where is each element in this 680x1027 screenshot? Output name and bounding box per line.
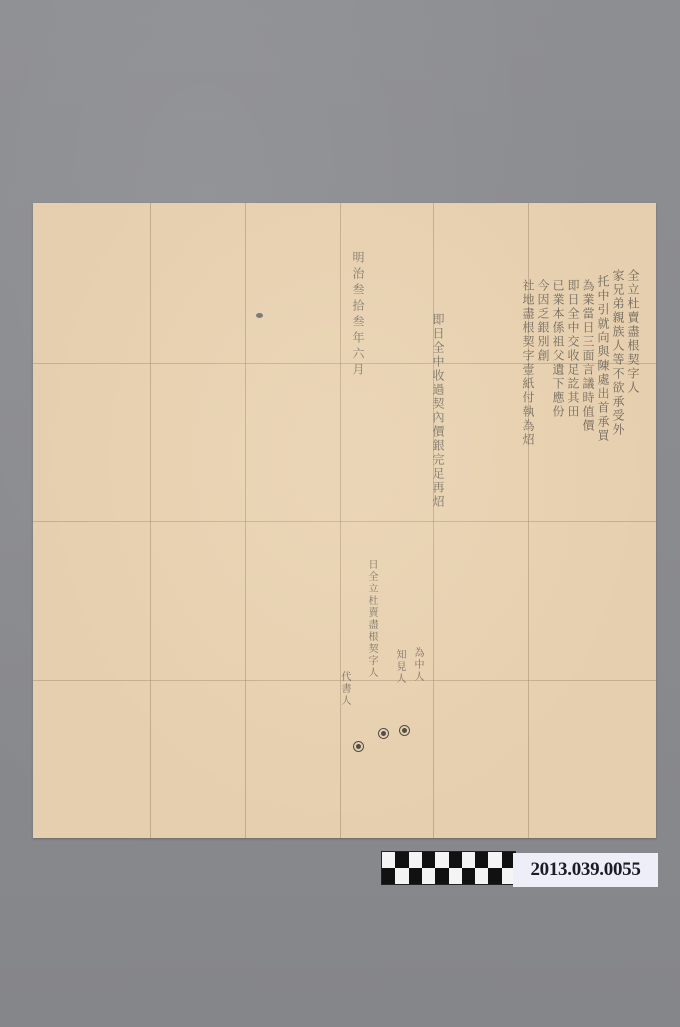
signature-middleman: 為中人 xyxy=(411,647,424,683)
signature-witness: 知見人 xyxy=(393,649,406,685)
seal-mark xyxy=(399,725,410,736)
catalog-number-label: 2013.039.0055 xyxy=(513,853,658,887)
body-column: 全立杜賣盡根契字人 xyxy=(625,269,641,395)
signature-scribe: 代書人 xyxy=(338,671,351,707)
body-column: 即日全中交收足訖其田 xyxy=(565,279,581,419)
color-scale-bar xyxy=(381,851,516,885)
body-column: 今因乏銀別創 xyxy=(535,279,551,363)
body-column: 社地盡根契字壹紙付執為炤 xyxy=(520,279,536,447)
body-column: 家兄弟親族人等不欲承受外 xyxy=(610,269,626,437)
receipt-line: 即日全中收過契內價銀完足再炤 xyxy=(430,313,446,509)
fold-line xyxy=(33,521,656,522)
signature-seller: 日全立杜賣盡根契字人 xyxy=(365,559,378,679)
body-column: 為業當日三面言議時值價 xyxy=(580,279,596,433)
body-column: 托中引就向與陳處出首承買 xyxy=(595,275,611,443)
ink-stain xyxy=(256,313,263,318)
body-column: 已業本係祖父遺下應份 xyxy=(550,279,566,419)
document-paper: 明治叁拾叁年六月 全立杜賣盡根契字人 家兄弟親族人等不欲承受外 托中引就向與陳處… xyxy=(33,203,656,838)
date-line: 明治叁拾叁年六月 xyxy=(350,251,366,379)
seal-mark xyxy=(378,728,389,739)
seal-mark xyxy=(353,741,364,752)
